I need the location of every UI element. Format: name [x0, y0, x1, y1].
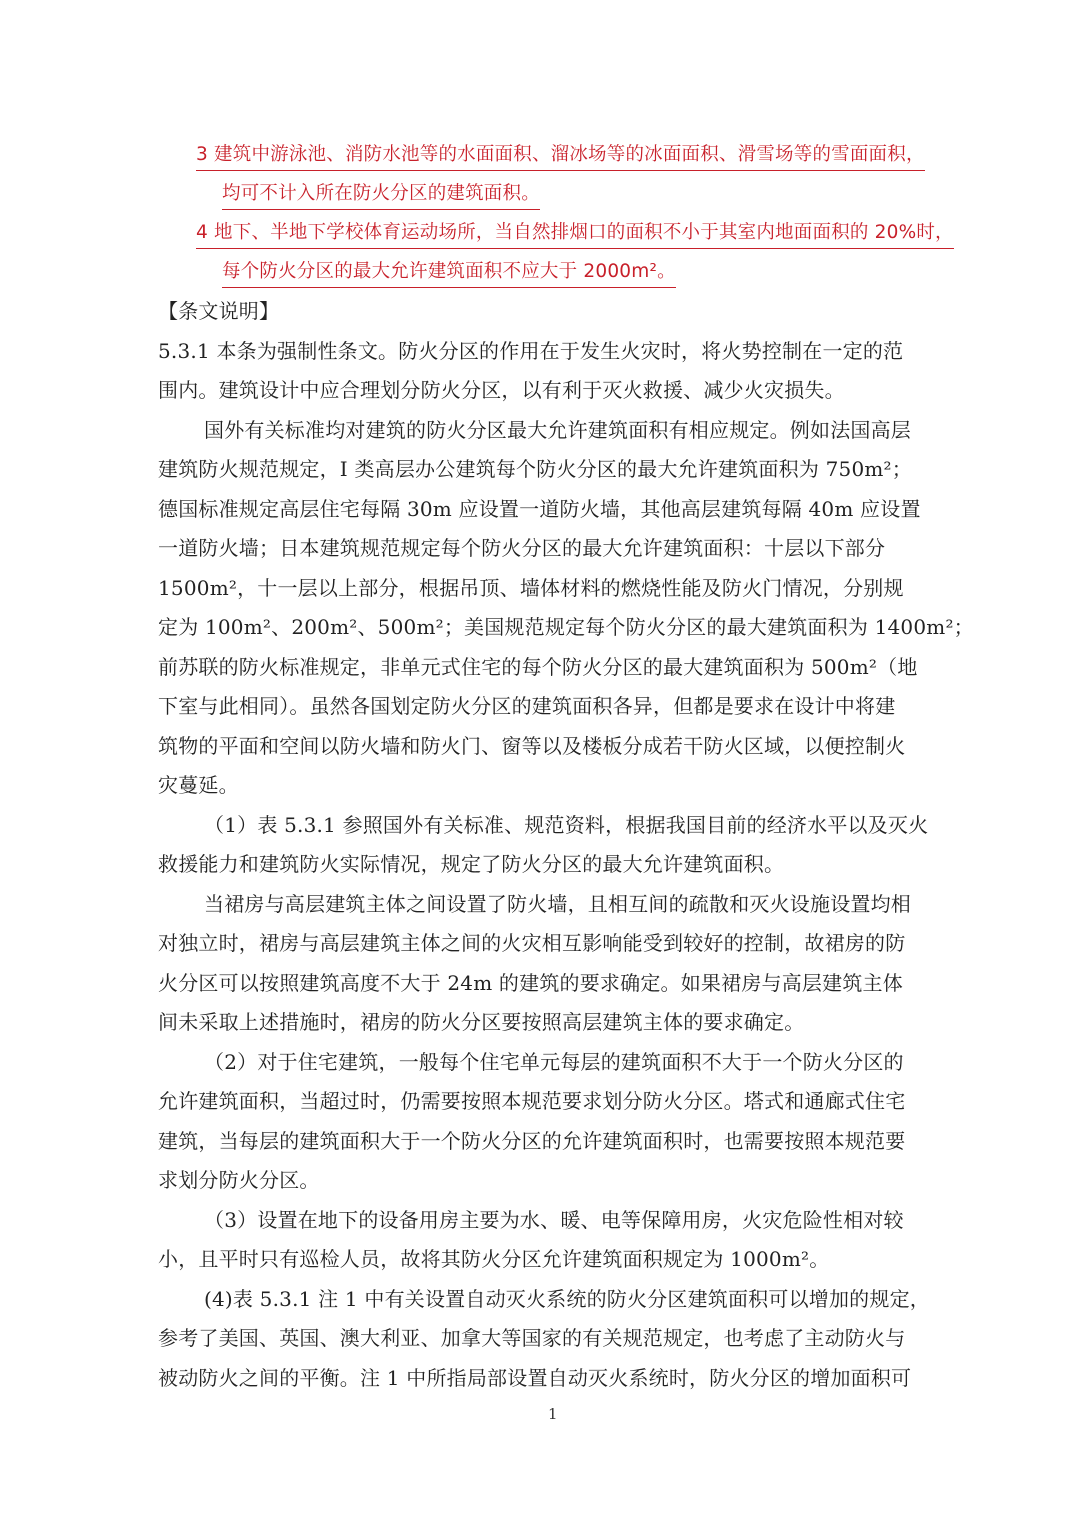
- document-page: 3 建筑中游泳池、消防水池等的水面面积、溜冰场等的冰面面积、滑雪场等的雪面面积，…: [0, 0, 1080, 1531]
- section-heading: 【条文说明】: [158, 298, 279, 324]
- body-line: （2）对于住宅建筑，一般每个住宅单元每层的建筑面积不大于一个防火分区的: [204, 1049, 904, 1075]
- body-line: 当裙房与高层建筑主体之间设置了防火墙，且相互间的疏散和灭火设施设置均相: [204, 891, 911, 917]
- red-item-3-line1: 3 建筑中游泳池、消防水池等的水面面积、溜冰场等的冰面面积、滑雪场等的雪面面积，: [196, 142, 925, 171]
- red-item-3-line2: 均可不计入所在防火分区的建筑面积。: [222, 181, 540, 210]
- red-item-4-line1: 4 地下、半地下学校体育运动场所，当自然排烟口的面积不小于其室内地面面积的 20…: [196, 220, 954, 249]
- body-line: 救援能力和建筑防火实际情况，规定了防火分区的最大允许建筑面积。: [158, 851, 784, 877]
- body-line: 5.3.1 本条为强制性条文。防火分区的作用在于发生火灾时，将火势控制在一定的范: [158, 338, 903, 364]
- body-line: 定为 100m²、200m²、500m²；美国规范规定每个防火分区的最大建筑面积…: [158, 614, 974, 640]
- body-line: 围内。建筑设计中应合理划分防火分区，以有利于灭火救援、减少火灾损失。: [158, 377, 845, 403]
- body-line: 间未采取上述措施时，裙房的防火分区要按照高层建筑主体的要求确定。: [158, 1009, 804, 1035]
- body-line: 允许建筑面积，当超过时，仍需要按照本规范要求划分防火分区。塔式和通廊式住宅: [158, 1088, 905, 1114]
- page-number: 1: [548, 1405, 558, 1423]
- body-line: 德国标准规定高层住宅每隔 30m 应设置一道防火墙，其他高层建筑每隔 40m 应…: [158, 496, 921, 522]
- body-line: 1500m²，十一层以上部分，根据吊顶、墙体材料的燃烧性能及防火门情况，分别规: [158, 575, 904, 601]
- body-line: 国外有关标准均对建筑的防火分区最大允许建筑面积有相应规定。例如法国高层: [204, 417, 911, 443]
- body-line: 小，且平时只有巡检人员，故将其防火分区允许建筑面积规定为 1000m²。: [158, 1246, 829, 1272]
- body-line: (4)表 5.3.1 注 1 中有关设置自动灭火系统的防火分区建筑面积可以增加的…: [204, 1286, 930, 1312]
- body-line: 被动防火之间的平衡。注 1 中所指局部设置自动灭火系统时，防火分区的增加面积可: [158, 1365, 911, 1391]
- body-line: 建筑，当每层的建筑面积大于一个防火分区的允许建筑面积时，也需要按照本规范要: [158, 1128, 905, 1154]
- body-line: 一道防火墙；日本建筑规范规定每个防火分区的最大允许建筑面积：十层以下部分: [158, 535, 885, 561]
- body-line: 筑物的平面和空间以防火墙和防火门、窗等以及楼板分成若干防火区域，以便控制火: [158, 733, 905, 759]
- body-line: 求划分防火分区。: [158, 1167, 320, 1193]
- red-item-4-line2: 每个防火分区的最大允许建筑面积不应大于 2000m²。: [222, 259, 676, 288]
- body-line: 下室与此相同）。虽然各国划定防火分区的建筑面积各异，但都是要求在设计中将建: [158, 693, 895, 719]
- body-line: 灾蔓延。: [158, 772, 239, 798]
- body-line: （1）表 5.3.1 参照国外有关标准、规范资料，根据我国目前的经济水平以及灭火: [204, 812, 928, 838]
- body-line: 参考了美国、英国、澳大利亚、加拿大等国家的有关规范规定，也考虑了主动防火与: [158, 1325, 905, 1351]
- body-line: 前苏联的防火标准规定，非单元式住宅的每个防火分区的最大建筑面积为 500m²（地: [158, 654, 918, 680]
- body-line: （3）设置在地下的设备用房主要为水、暖、电等保障用房，火灾危险性相对较: [204, 1207, 904, 1233]
- body-line: 对独立时，裙房与高层建筑主体之间的火灾相互影响能受到较好的控制，故裙房的防: [158, 930, 905, 956]
- body-line: 火分区可以按照建筑高度不大于 24m 的建筑的要求确定。如果裙房与高层建筑主体: [158, 970, 903, 996]
- body-line: 建筑防火规范规定，I 类高层办公建筑每个防火分区的最大允许建筑面积为 750m²…: [158, 456, 912, 482]
